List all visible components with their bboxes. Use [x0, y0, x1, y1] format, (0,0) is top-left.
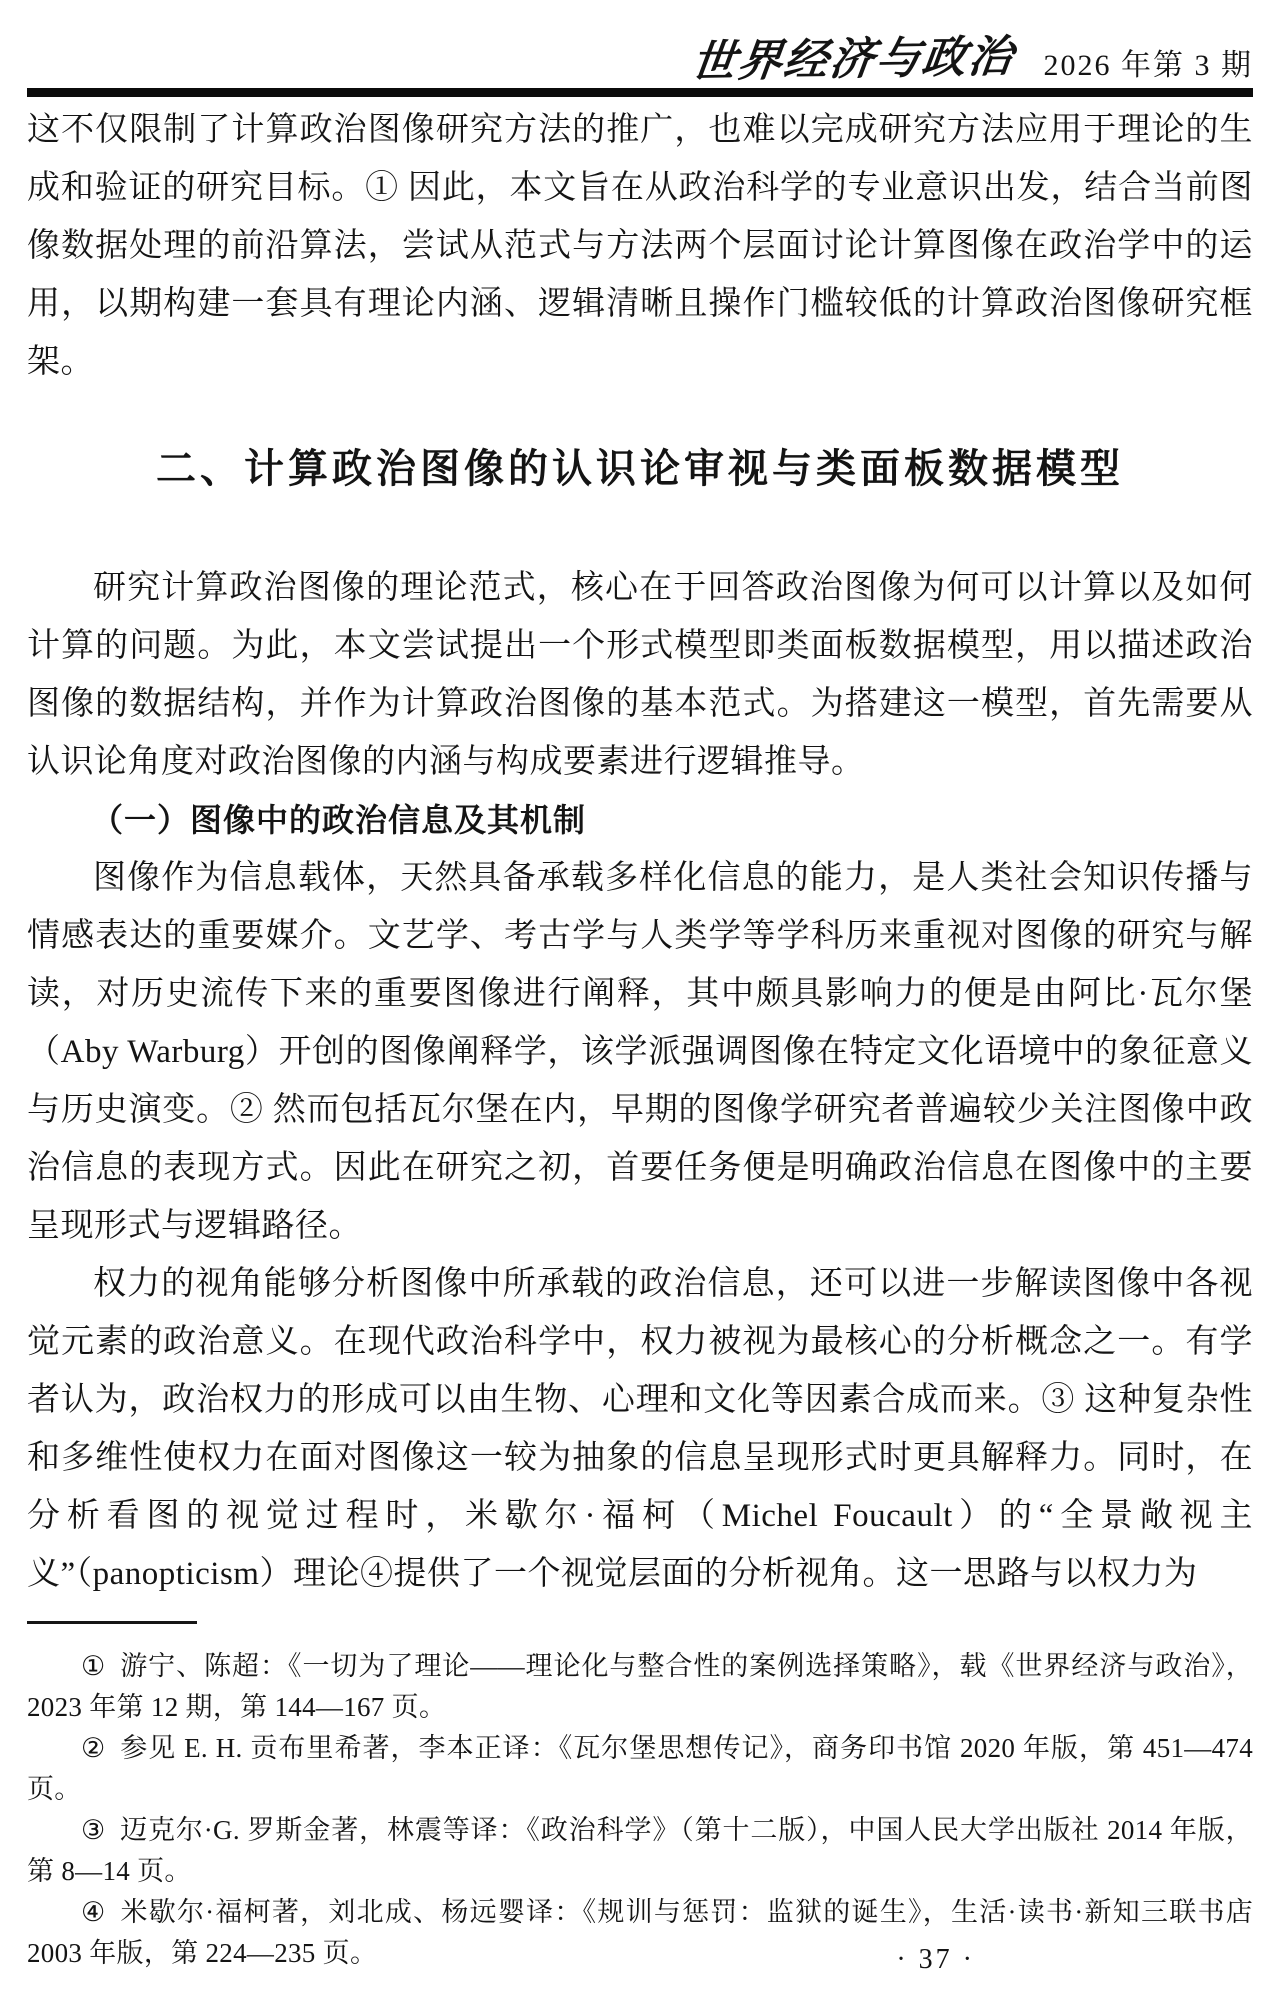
- subsection-heading: （一）图像中的政治信息及其机制: [27, 791, 1253, 849]
- page-header: 世界经济与政治 2026 年第 3 期: [27, 0, 1253, 88]
- footnote-marker: ③: [81, 1815, 106, 1845]
- footnote-section: ①游宁、陈超：《一切为了理论——理论化与整合性的案例选择策略》，载《世界经济与政…: [27, 1621, 1253, 1974]
- footnote-text: 游宁、陈超：《一切为了理论——理论化与整合性的案例选择策略》，载《世界经济与政治…: [27, 1651, 1253, 1722]
- footnote-1: ①游宁、陈超：《一切为了理论——理论化与整合性的案例选择策略》，载《世界经济与政…: [27, 1646, 1253, 1728]
- footnote-marker: ④: [81, 1897, 106, 1927]
- footnote-2: ②参见 E. H. 贡布里希著，李本正译：《瓦尔堡思想传记》，商务印书馆 202…: [27, 1728, 1253, 1810]
- footnote-4: ④米歇尔·福柯著，刘北成、杨远婴译：《规训与惩罚：监狱的诞生》，生活·读书·新知…: [27, 1892, 1253, 1974]
- journal-name-calligraphy: 世界经济与政治: [688, 35, 1016, 85]
- paragraph: 研究计算政治图像的理论范式，核心在于回答政治图像为何可以计算以及如何计算的问题。…: [27, 559, 1253, 791]
- paragraph: 权力的视角能够分析图像中所承载的政治信息，还可以进一步解读图像中各视觉元素的政治…: [27, 1255, 1253, 1603]
- article-body: 这不仅限制了计算政治图像研究方法的推广，也难以完成研究方法应用于理论的生成和验证…: [27, 97, 1253, 1603]
- footnote-marker: ①: [81, 1651, 106, 1681]
- paragraph-intro-continuation: 这不仅限制了计算政治图像研究方法的推广，也难以完成研究方法应用于理论的生成和验证…: [27, 101, 1253, 391]
- page-number: · 37 ·: [896, 1944, 975, 1976]
- journal-page: 世界经济与政治 2026 年第 3 期 这不仅限制了计算政治图像研究方法的推广，…: [0, 0, 1280, 2002]
- footnote-separator: [27, 1621, 197, 1624]
- footnote-text: 迈克尔·G. 罗斯金著，林震等译：《政治科学》（第十二版），中国人民大学出版社 …: [27, 1815, 1253, 1886]
- header-rule: [27, 88, 1253, 97]
- footnote-marker: ②: [81, 1733, 106, 1763]
- paragraph: 图像作为信息载体，天然具备承载多样化信息的能力，是人类社会知识传播与情感表达的重…: [27, 849, 1253, 1255]
- section-heading: 二、计算政治图像的认识论审视与类面板数据模型: [27, 441, 1253, 497]
- footnote-text: 米歇尔·福柯著，刘北成、杨远婴译：《规训与惩罚：监狱的诞生》，生活·读书·新知三…: [27, 1897, 1253, 1968]
- footnote-text: 参见 E. H. 贡布里希著，李本正译：《瓦尔堡思想传记》，商务印书馆 2020…: [27, 1733, 1253, 1804]
- footnote-3: ③迈克尔·G. 罗斯金著，林震等译：《政治科学》（第十二版），中国人民大学出版社…: [27, 1810, 1253, 1892]
- issue-info: 2026 年第 3 期: [1044, 49, 1254, 82]
